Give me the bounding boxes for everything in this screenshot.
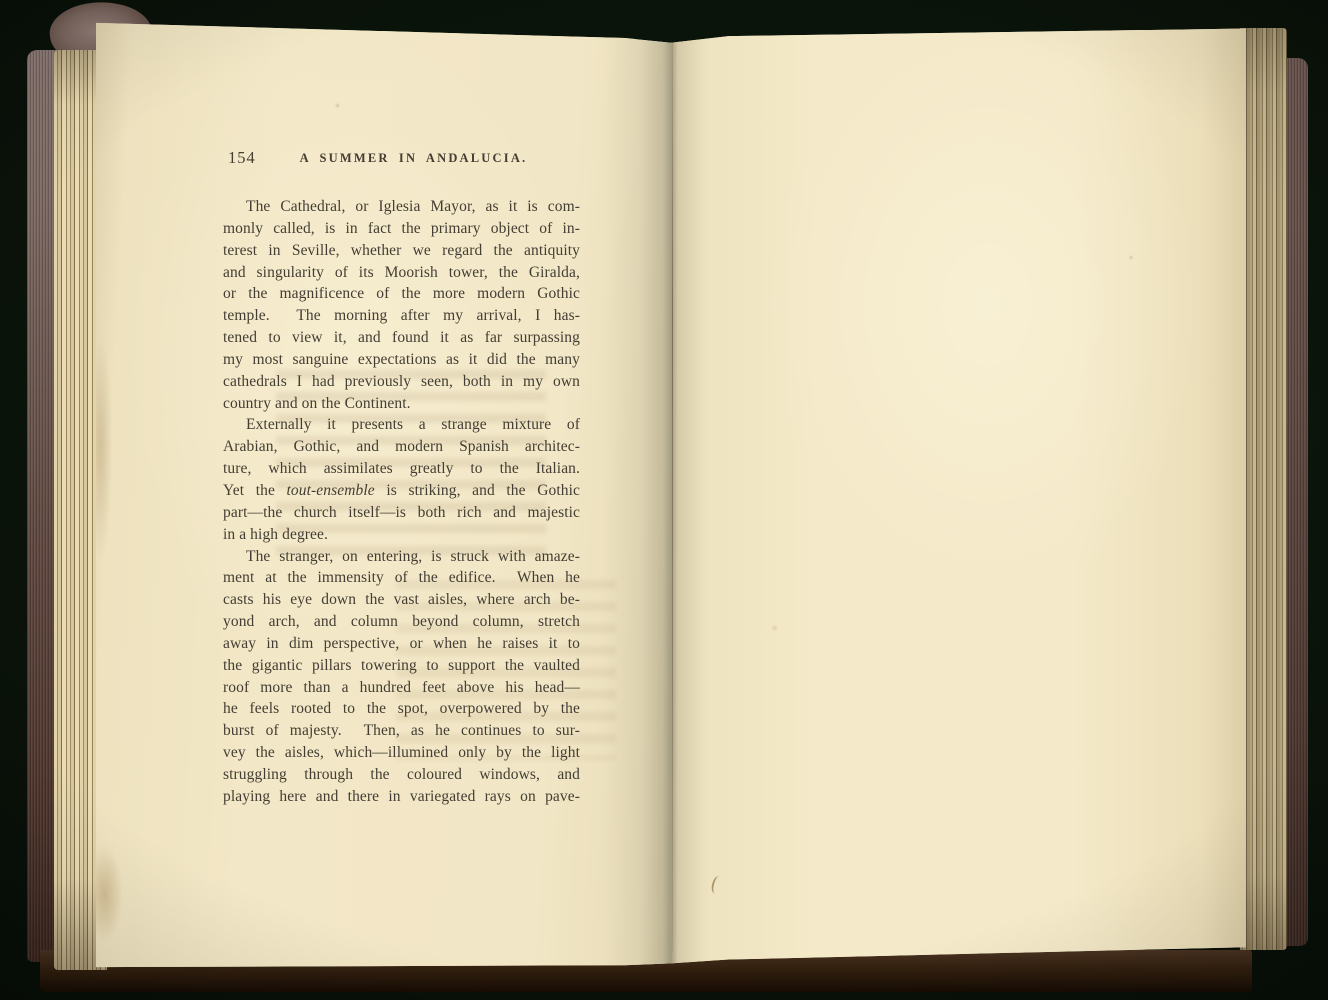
- text-line: temple. The morning after my arrival, I …: [223, 305, 580, 327]
- text-line: struggling through the coloured windows,…: [223, 764, 580, 786]
- text-line: Arabian, Gothic, and modern Spanish arch…: [223, 436, 580, 458]
- text-line: The stranger, on entering, is struck wit…: [223, 546, 580, 568]
- book-cover-left-edge: [27, 50, 57, 962]
- open-book-pages: 154 A SUMMER IN ANDALUCIA. The Cathedral…: [96, 20, 1246, 970]
- text-line: and singularity of its Moorish tower, th…: [223, 262, 580, 284]
- text-line: my most sanguine expectations as it did …: [223, 349, 580, 371]
- text-line: ture, which assimilates greatly to the I…: [223, 458, 580, 480]
- page-edge-stack-right: [1240, 28, 1287, 950]
- text-line: tened to view it, and found it as far su…: [223, 327, 580, 349]
- text-line: part—the church itself—is both rich and …: [223, 502, 580, 524]
- text-line: monly called, is in fact the primary obj…: [223, 218, 580, 240]
- text-line: cathedrals I had previously seen, both i…: [223, 371, 580, 393]
- left-page-body: The Cathedral, or Iglesia Mayor, as it i…: [223, 196, 580, 808]
- text-line: yond arch, and column beyond column, str…: [223, 611, 580, 633]
- text-line: playing here and there in variegated ray…: [223, 786, 580, 808]
- left-page-text-block: 154 A SUMMER IN ANDALUCIA. The Cathedral…: [223, 148, 580, 808]
- text-line: terest in Seville, whether we regard the…: [223, 240, 580, 262]
- text-line: casts his eye down the vast aisles, wher…: [223, 589, 580, 611]
- text-line: ment at the immensity of the edifice. Wh…: [223, 567, 580, 589]
- text-line: or the magnificence of the more modern G…: [223, 283, 580, 305]
- text-line: roof more than a hundred feet above his …: [223, 677, 580, 699]
- left-page: 154 A SUMMER IN ANDALUCIA. The Cathedral…: [96, 20, 671, 970]
- book-photograph-scene: 154 A SUMMER IN ANDALUCIA. The Cathedral…: [0, 0, 1328, 1000]
- text-line: he feels rooted to the spot, overpowered…: [223, 698, 580, 720]
- text-line: burst of majesty. Then, as he continues …: [223, 720, 580, 742]
- text-line: Yet the tout-ensemble is striking, and t…: [223, 480, 580, 502]
- text-line: The Cathedral, or Iglesia Mayor, as it i…: [223, 196, 580, 218]
- text-line: Externally it presents a strange mixture…: [223, 414, 580, 436]
- text-line: the gigantic pillars towering to support…: [223, 655, 580, 677]
- text-line: country and on the Continent.: [223, 393, 580, 415]
- text-line: vey the aisles, which—illumined only by …: [223, 742, 580, 764]
- text-line: away in dim perspective, or when he rais…: [223, 633, 580, 655]
- left-running-header: A SUMMER IN ANDALUCIA.: [247, 151, 580, 166]
- right-page: A SUMMER IN ANDALUCIA. SEVILLE. 155 ment…: [671, 20, 1246, 970]
- text-line: in a high degree.: [223, 524, 580, 546]
- left-page-header: 154 A SUMMER IN ANDALUCIA.: [223, 148, 580, 170]
